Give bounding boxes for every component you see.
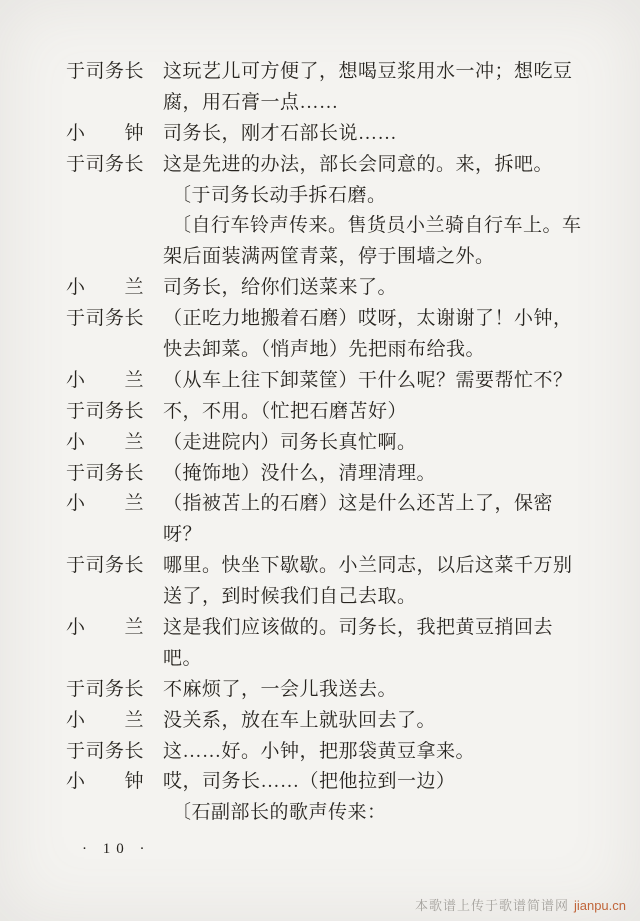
speaker-name: 小 兰 <box>66 613 144 644</box>
script-line: 架后面装满两筐青菜，停于围墙之外。 <box>0 242 640 273</box>
script-line: 小 钟 哎，司务长……（把他拉到一边） <box>0 767 640 798</box>
speaker-name: 于司务长 <box>66 397 144 428</box>
speaker-name: 于司务长 <box>66 304 144 335</box>
script-line: 小 兰 （走进院内）司务长真忙啊。 <box>0 428 640 459</box>
script-line: 腐，用石膏一点…… <box>0 88 640 119</box>
script-line: 呀？ <box>0 520 640 551</box>
line-text: 这……好。小钟，把那袋黄豆拿来。 <box>163 737 475 768</box>
script-line: 于司务长 这是先进的办法，部长会同意的。来，拆吧。 <box>0 150 640 181</box>
line-text: 这是先进的办法，部长会同意的。来，拆吧。 <box>163 150 553 181</box>
line-text: 腐，用石膏一点…… <box>163 88 339 119</box>
line-text: 〔石副部长的歌声传来： <box>172 798 387 829</box>
speaker-name: 于司务长 <box>66 675 144 706</box>
script-line: 小 兰 司务长，给你们送菜来了。 <box>0 273 640 304</box>
speaker-name: 小 兰 <box>66 366 144 397</box>
line-text: 快去卸菜。（悄声地）先把雨布给我。 <box>163 335 485 366</box>
line-text: 司务长，给你们送菜来了。 <box>163 273 397 304</box>
script-line: 吧。 <box>0 644 640 675</box>
line-text: 呀？ <box>163 520 202 551</box>
line-text: （正吃力地搬着石磨）哎呀，太谢谢了！小钟， <box>163 304 573 335</box>
speaker-name: 于司务长 <box>66 459 144 490</box>
script-line: 于司务长 不，不用。（忙把石磨苫好） <box>0 397 640 428</box>
line-text: 哪里。快坐下歇歇。小兰同志，以后这菜千万别 <box>163 551 573 582</box>
line-text: 吧。 <box>163 644 202 675</box>
line-text: 没关系，放在车上就驮回去了。 <box>163 706 436 737</box>
watermark-text: 本歌谱上传于歌谱简谱网 <box>415 898 569 913</box>
line-text: 这玩艺儿可方便了，想喝豆浆用水一冲；想吃豆 <box>163 57 573 88</box>
script-line: 小 钟 司务长，刚才石部长说…… <box>0 119 640 150</box>
line-text: 哎，司务长……（把他拉到一边） <box>163 767 456 798</box>
watermark: 本歌谱上传于歌谱简谱网jianpu.cn <box>415 895 626 914</box>
speaker-name: 于司务长 <box>66 150 144 181</box>
line-text: 司务长，刚才石部长说…… <box>163 119 397 150</box>
line-text: （走进院内）司务长真忙啊。 <box>163 428 417 459</box>
speaker-name: 小 钟 <box>66 119 144 150</box>
line-text: 〔于司务长动手拆石磨。 <box>172 181 387 212</box>
speaker-name: 于司务长 <box>66 551 144 582</box>
line-text: 〔自行车铃声传来。售货员小兰骑自行车上。车 <box>172 211 582 242</box>
script-line: 于司务长 哪里。快坐下歇歇。小兰同志，以后这菜千万别 <box>0 551 640 582</box>
script-text-block: 于司务长 这玩艺儿可方便了，想喝豆浆用水一冲；想吃豆 腐，用石膏一点…… 小 钟… <box>0 57 640 829</box>
speaker-name: 小 钟 <box>66 767 144 798</box>
script-line: 〔石副部长的歌声传来： <box>0 798 640 829</box>
scanned-script-page: 于司务长 这玩艺儿可方便了，想喝豆浆用水一冲；想吃豆 腐，用石膏一点…… 小 钟… <box>0 0 640 921</box>
script-line: 于司务长 不麻烦了，一会儿我送去。 <box>0 675 640 706</box>
script-line: 于司务长 这……好。小钟，把那袋黄豆拿来。 <box>0 737 640 768</box>
line-text: （从车上往下卸菜筐）干什么呢？需要帮忙不？ <box>163 366 573 397</box>
line-text: （指被苫上的石磨）这是什么还苫上了，保密 <box>163 489 553 520</box>
line-text: 不麻烦了，一会儿我送去。 <box>163 675 397 706</box>
speaker-name: 小 兰 <box>66 706 144 737</box>
line-text: 送了，到时候我们自己去取。 <box>163 582 417 613</box>
script-line: 小 兰 （从车上往下卸菜筐）干什么呢？需要帮忙不？ <box>0 366 640 397</box>
script-line: 〔于司务长动手拆石磨。 <box>0 181 640 212</box>
speaker-name: 小 兰 <box>66 273 144 304</box>
script-line: 于司务长 这玩艺儿可方便了，想喝豆浆用水一冲；想吃豆 <box>0 57 640 88</box>
script-line: 小 兰 （指被苫上的石磨）这是什么还苫上了，保密 <box>0 489 640 520</box>
script-line: 快去卸菜。（悄声地）先把雨布给我。 <box>0 335 640 366</box>
line-text: 架后面装满两筐青菜，停于围墙之外。 <box>163 242 495 273</box>
page-number: · 10 · <box>82 841 151 858</box>
speaker-name: 小 兰 <box>66 489 144 520</box>
script-line: 〔自行车铃声传来。售货员小兰骑自行车上。车 <box>0 211 640 242</box>
speaker-name: 于司务长 <box>66 57 144 88</box>
watermark-site: jianpu.cn <box>574 898 626 913</box>
speaker-name: 于司务长 <box>66 737 144 768</box>
script-line: 小 兰 没关系，放在车上就驮回去了。 <box>0 706 640 737</box>
script-line: 送了，到时候我们自己去取。 <box>0 582 640 613</box>
line-text: 这是我们应该做的。司务长，我把黄豆捎回去 <box>163 613 553 644</box>
line-text: （掩饰地）没什么，清理清理。 <box>163 459 436 490</box>
script-line: 于司务长 （掩饰地）没什么，清理清理。 <box>0 459 640 490</box>
speaker-name: 小 兰 <box>66 428 144 459</box>
script-line: 小 兰 这是我们应该做的。司务长，我把黄豆捎回去 <box>0 613 640 644</box>
line-text: 不，不用。（忙把石磨苫好） <box>163 397 407 428</box>
script-line: 于司务长 （正吃力地搬着石磨）哎呀，太谢谢了！小钟， <box>0 304 640 335</box>
